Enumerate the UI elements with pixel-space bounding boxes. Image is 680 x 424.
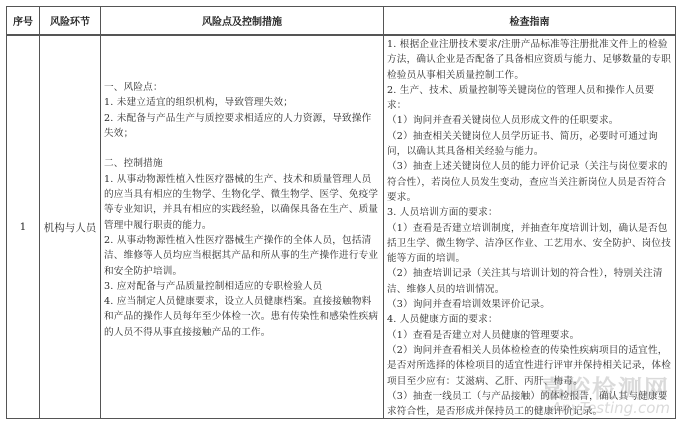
guide-item: （1）查看是否建立培训制度，并抽查年度培训计划，确认是否包括卫生学、微生物学、洁… — [387, 221, 672, 267]
risk-title: 一、风险点： — [104, 80, 381, 95]
column-divider — [383, 7, 384, 418]
guide-item: （2）抽查培训记录（关注其与培训计划的符合性），特别关注清洁、维修人员的培训情况… — [387, 266, 672, 297]
risk-item: 2. 未配备与产品生产与质控要求相适应的人力资源，导致操作失效； — [104, 111, 381, 142]
control-item: 4. 应当制定人员健康要求，设立人员健康档案。直接接触物料和产品的操作人员每年至… — [104, 294, 381, 340]
guide-item: （1）查看是否建立对人员健康的管理要求。 — [387, 328, 672, 343]
header-guide: 检查指南 — [384, 7, 675, 34]
control-item: 1. 从事动物源性植入性医疗器械的生产、技术和质量管理人员的应当具有相应的生物学… — [104, 172, 381, 233]
row-stage: 机构与人员 — [40, 36, 100, 418]
guide-cell: 1. 根据企业注册技术要求/注册产品标准等注册批准文件上的检验方法，确认企业是否… — [387, 36, 672, 418]
guide-item: （1）询问并查看关键岗位人员形成文件的任职要求。 — [387, 113, 672, 128]
row-index: 1 — [7, 36, 39, 418]
control-item: 2. 从事动物源性植入性医疗器械生产操作的全体人员，包括清洁、维修等人员均应当根… — [104, 233, 381, 279]
column-divider — [100, 7, 101, 418]
guide-item: （2）询问并查看相关人员体检检查的传染性疾病项目的适宜性，是否对所选择的体检项目… — [387, 343, 672, 389]
control-item: 3. 应对配备与产品质量控制相适应的专职检验人员 — [104, 279, 381, 294]
guide-item: （2）抽查相关关键岗位人员学历证书、简历，必要时可通过询问，以确认其具备相关经验… — [387, 129, 672, 160]
guide-item: （3）抽查上述关键岗位人员的能力评价记录（关注与岗位要求的符合性），若岗位人员发… — [387, 159, 672, 205]
inspection-table: 序号 风险环节 风险点及控制措施 检查指南 1 机构与人员 一、风险点： 1. … — [6, 6, 676, 419]
controls-title: 二、控制措施 — [104, 156, 381, 171]
risk-controls-cell: 一、风险点： 1. 未建立适宜的组织机构，导致管理失效； 2. 未配备与产品生产… — [104, 36, 381, 418]
header-risk-controls: 风险点及控制措施 — [101, 7, 383, 34]
guide-item: （3）抽查一线员工（与产品接触）的体检报告，确认其与健康要求符合性，是否形成并保… — [387, 389, 672, 420]
guide-item: 2. 生产、技术、质量控制等关键岗位的管理人员和操作人员要求： — [387, 83, 672, 114]
guide-item: 1. 根据企业注册技术要求/注册产品标准等注册批准文件上的检验方法，确认企业是否… — [387, 37, 672, 83]
guide-item: 3. 人员培训方面的要求： — [387, 205, 672, 220]
header-index: 序号 — [7, 7, 39, 34]
risk-item: 1. 未建立适宜的组织机构，导致管理失效； — [104, 95, 381, 110]
header-stage: 风险环节 — [40, 7, 100, 34]
guide-item: （3）询问并查看培训效果评价记录。 — [387, 297, 672, 312]
guide-item: 4. 人员健康方面的要求： — [387, 312, 672, 327]
